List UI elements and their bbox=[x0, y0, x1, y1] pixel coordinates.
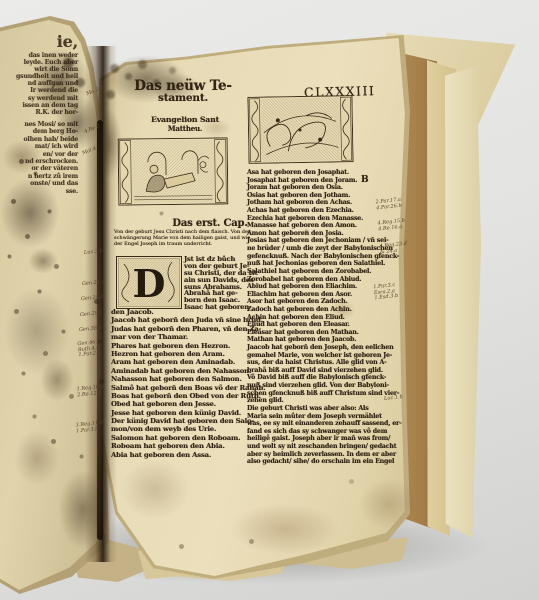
header-line-1: Das neüw Te- bbox=[127, 79, 239, 93]
text-line: mat/ ich wird bbox=[0, 143, 78, 150]
text-line: Salmõ hat geborñ den Boas võ der Rahab. bbox=[111, 384, 257, 392]
text-line: dem berg Ho- bbox=[0, 128, 78, 135]
text-line: Abiud hat geboren den Eliachim. bbox=[247, 283, 383, 291]
column-left: den Jaacob.Jaacob hat geborñ den Juda vñ… bbox=[111, 308, 257, 459]
text-line: olhen hab/ beide bbox=[0, 136, 78, 143]
margin-note-group: Gen.46.bRuth.4.d1.Par.2.a bbox=[77, 340, 102, 359]
text-line: Jesse hat geboren den künig David. bbox=[111, 409, 257, 417]
left-page-heading-fragment: ie, bbox=[6, 32, 78, 51]
text-line: Abia hat geboren den Assa. bbox=[111, 451, 257, 459]
section-letter-b: B bbox=[361, 175, 368, 185]
text-line: Judas hat geborñ den Pharen, vñ den Za- bbox=[111, 325, 257, 333]
text-line: nuß hat Jechonias geboren den Salathiel. bbox=[247, 260, 383, 268]
text-line: also gedacht/ sihe/ do erschain im ein E… bbox=[247, 458, 383, 466]
left-page-paragraph: nes Mosi/ so mitdem berg Ho-olhen hab/ b… bbox=[0, 121, 78, 195]
text-line: Ezechia hat geboren den Manasse. bbox=[247, 215, 383, 223]
text-line: Võ David biß auff die Babylonisch gfenck… bbox=[247, 374, 383, 382]
left-page-paragraph: das inen wederleyde. Euch aberwirt die S… bbox=[0, 52, 78, 116]
text-line: schen gfencknuß biß auff Christum sind v… bbox=[247, 390, 383, 398]
text-line: mar von der Thamar. bbox=[111, 333, 257, 341]
caption-line-2: Mattheu. bbox=[136, 125, 234, 133]
text-line: Mathan hat geboren den Jaacob. bbox=[247, 336, 383, 344]
mold-speckles bbox=[0, 0, 5, 5]
text-line: Die geburt Christi was aber also: Als bbox=[247, 405, 383, 413]
historiated-initial-d: D bbox=[116, 256, 182, 309]
text-line: sse. bbox=[0, 188, 78, 195]
text-line: onste/ und das bbox=[0, 180, 78, 187]
text-line: Salomon hat geboren den Roboam. bbox=[111, 434, 257, 442]
text-line: Manasse hat geboren den Amon. bbox=[247, 222, 383, 230]
text-line: wirt die Sonn bbox=[0, 66, 78, 73]
text-line: gefencknuß. Nach der Babylonischen gfenc… bbox=[247, 253, 383, 261]
text-line: nuß sind vierzehen glid. Von der Babylon… bbox=[247, 382, 383, 390]
text-line: Eleasar hat geboren den Mathan. bbox=[247, 329, 383, 337]
loose-leaf-edge bbox=[445, 66, 481, 538]
text-line: Aram hat geboren den Aminadab. bbox=[111, 358, 257, 366]
text-line: heiligẽ gaist. Joseph aber ir mañ was fr… bbox=[247, 435, 383, 443]
text-line: Jaacob hat geborñ den Joseph, den eelich… bbox=[247, 344, 383, 352]
text-line: Zorobabel hat geboren den Abiud. bbox=[247, 276, 383, 284]
text-line: Asor hat geboren den Zadoch. bbox=[247, 298, 383, 306]
text-line: nes Mosi/ so mit bbox=[0, 121, 78, 128]
text-line: Zadoch hat geboren den Achin. bbox=[247, 306, 383, 314]
text-line: aber sy heimlich zeverlassen. In dem er … bbox=[247, 451, 383, 459]
text-line: issen an dem tag bbox=[0, 102, 78, 109]
text-line: en/ vor der bbox=[0, 151, 78, 158]
photo-of-antique-bible: ie, das inen wederleyde. Euch aberwirt d… bbox=[0, 0, 539, 600]
text-line: zehen glid. bbox=[247, 397, 383, 405]
text-line: Eliud hat geboren den Eleasar. bbox=[247, 321, 383, 329]
text-line: Aminadab hat geboren den Nahasson. bbox=[111, 367, 257, 375]
text-line: or der väteren bbox=[0, 165, 78, 172]
text-line: sy werdend mit bbox=[0, 95, 78, 102]
chapter-summary: Von der geburt Jesu Christi nach dem fla… bbox=[114, 230, 266, 247]
text-line: Achin hat geboren den Eliud. bbox=[247, 314, 383, 322]
svg-text:D: D bbox=[133, 261, 166, 306]
woodcut-matthew-writing bbox=[118, 137, 229, 205]
text-line: Roboam hat geboren den Abia. bbox=[111, 442, 257, 450]
text-line: nd auffgan und bbox=[0, 80, 78, 87]
text-line: Jaacob hat geborñ den Juda vñ sine brüd. bbox=[111, 316, 257, 324]
text-line: sus, der da haist Christus. Alle glid vo… bbox=[247, 359, 383, 367]
column-right: Asa hat geboren den Josaphat.Josaphat ha… bbox=[247, 169, 383, 466]
woodcut-caption: Evangelion Sant Mattheu. bbox=[136, 116, 234, 133]
text-line: R.K. der hor- bbox=[0, 109, 78, 116]
text-line: n hertz zů irem bbox=[0, 173, 78, 180]
text-line: Phares hat geboren den Hezron. bbox=[111, 342, 257, 350]
text-line: Josias hat geboren den Jechoniam / vñ se… bbox=[247, 237, 383, 245]
text-line: Osias hat geboren den Jotham. bbox=[247, 192, 383, 200]
text-line: Achas hat geboren den Ezechia. bbox=[247, 207, 383, 215]
summary-line: der Engel Joseph im traum underricht. bbox=[114, 242, 266, 248]
header-line-2: stament. bbox=[127, 93, 239, 104]
text-line: das inen weder bbox=[0, 52, 78, 59]
text-line: ne brüder / umb die zeyt der Babylonisch… bbox=[247, 245, 383, 253]
woodcut-foliage bbox=[247, 95, 353, 164]
text-line: Maria sein můter dem Joseph vermählet bbox=[247, 413, 383, 421]
text-line: Obed hat geboren den Jesse. bbox=[111, 400, 257, 408]
text-line: gsundheit und heil bbox=[0, 73, 78, 80]
margin-note-group: 1.Par.3.cEsra.2.a1.Esd.3.b bbox=[373, 283, 398, 302]
text-line: Eliachim hat geboren den Asor. bbox=[247, 291, 383, 299]
text-line: was, ee sy mit einanderen zehauff sassen… bbox=[247, 420, 383, 428]
page-header-title: Das neüw Te- stament. bbox=[127, 79, 239, 104]
text-line: Jotham hat geboren den Achas. bbox=[247, 199, 383, 207]
text-line: und wolt sy nit zeschanden bringen/ geda… bbox=[247, 443, 383, 451]
text-line: Nahasson hat geboren den Salmon. bbox=[111, 375, 257, 383]
text-line: leyde. Euch aber bbox=[0, 59, 78, 66]
text-line: Salathiel hat geboren den Zorobabel. bbox=[247, 268, 383, 276]
text-line: Ir werdend die bbox=[0, 87, 78, 94]
text-line: Joram hat geboren den Osia. bbox=[247, 184, 383, 192]
text-line: mon/von dem weyb des Urie. bbox=[111, 425, 257, 433]
text-line: gemahel Marie, von welcher ist geboren J… bbox=[247, 352, 383, 360]
